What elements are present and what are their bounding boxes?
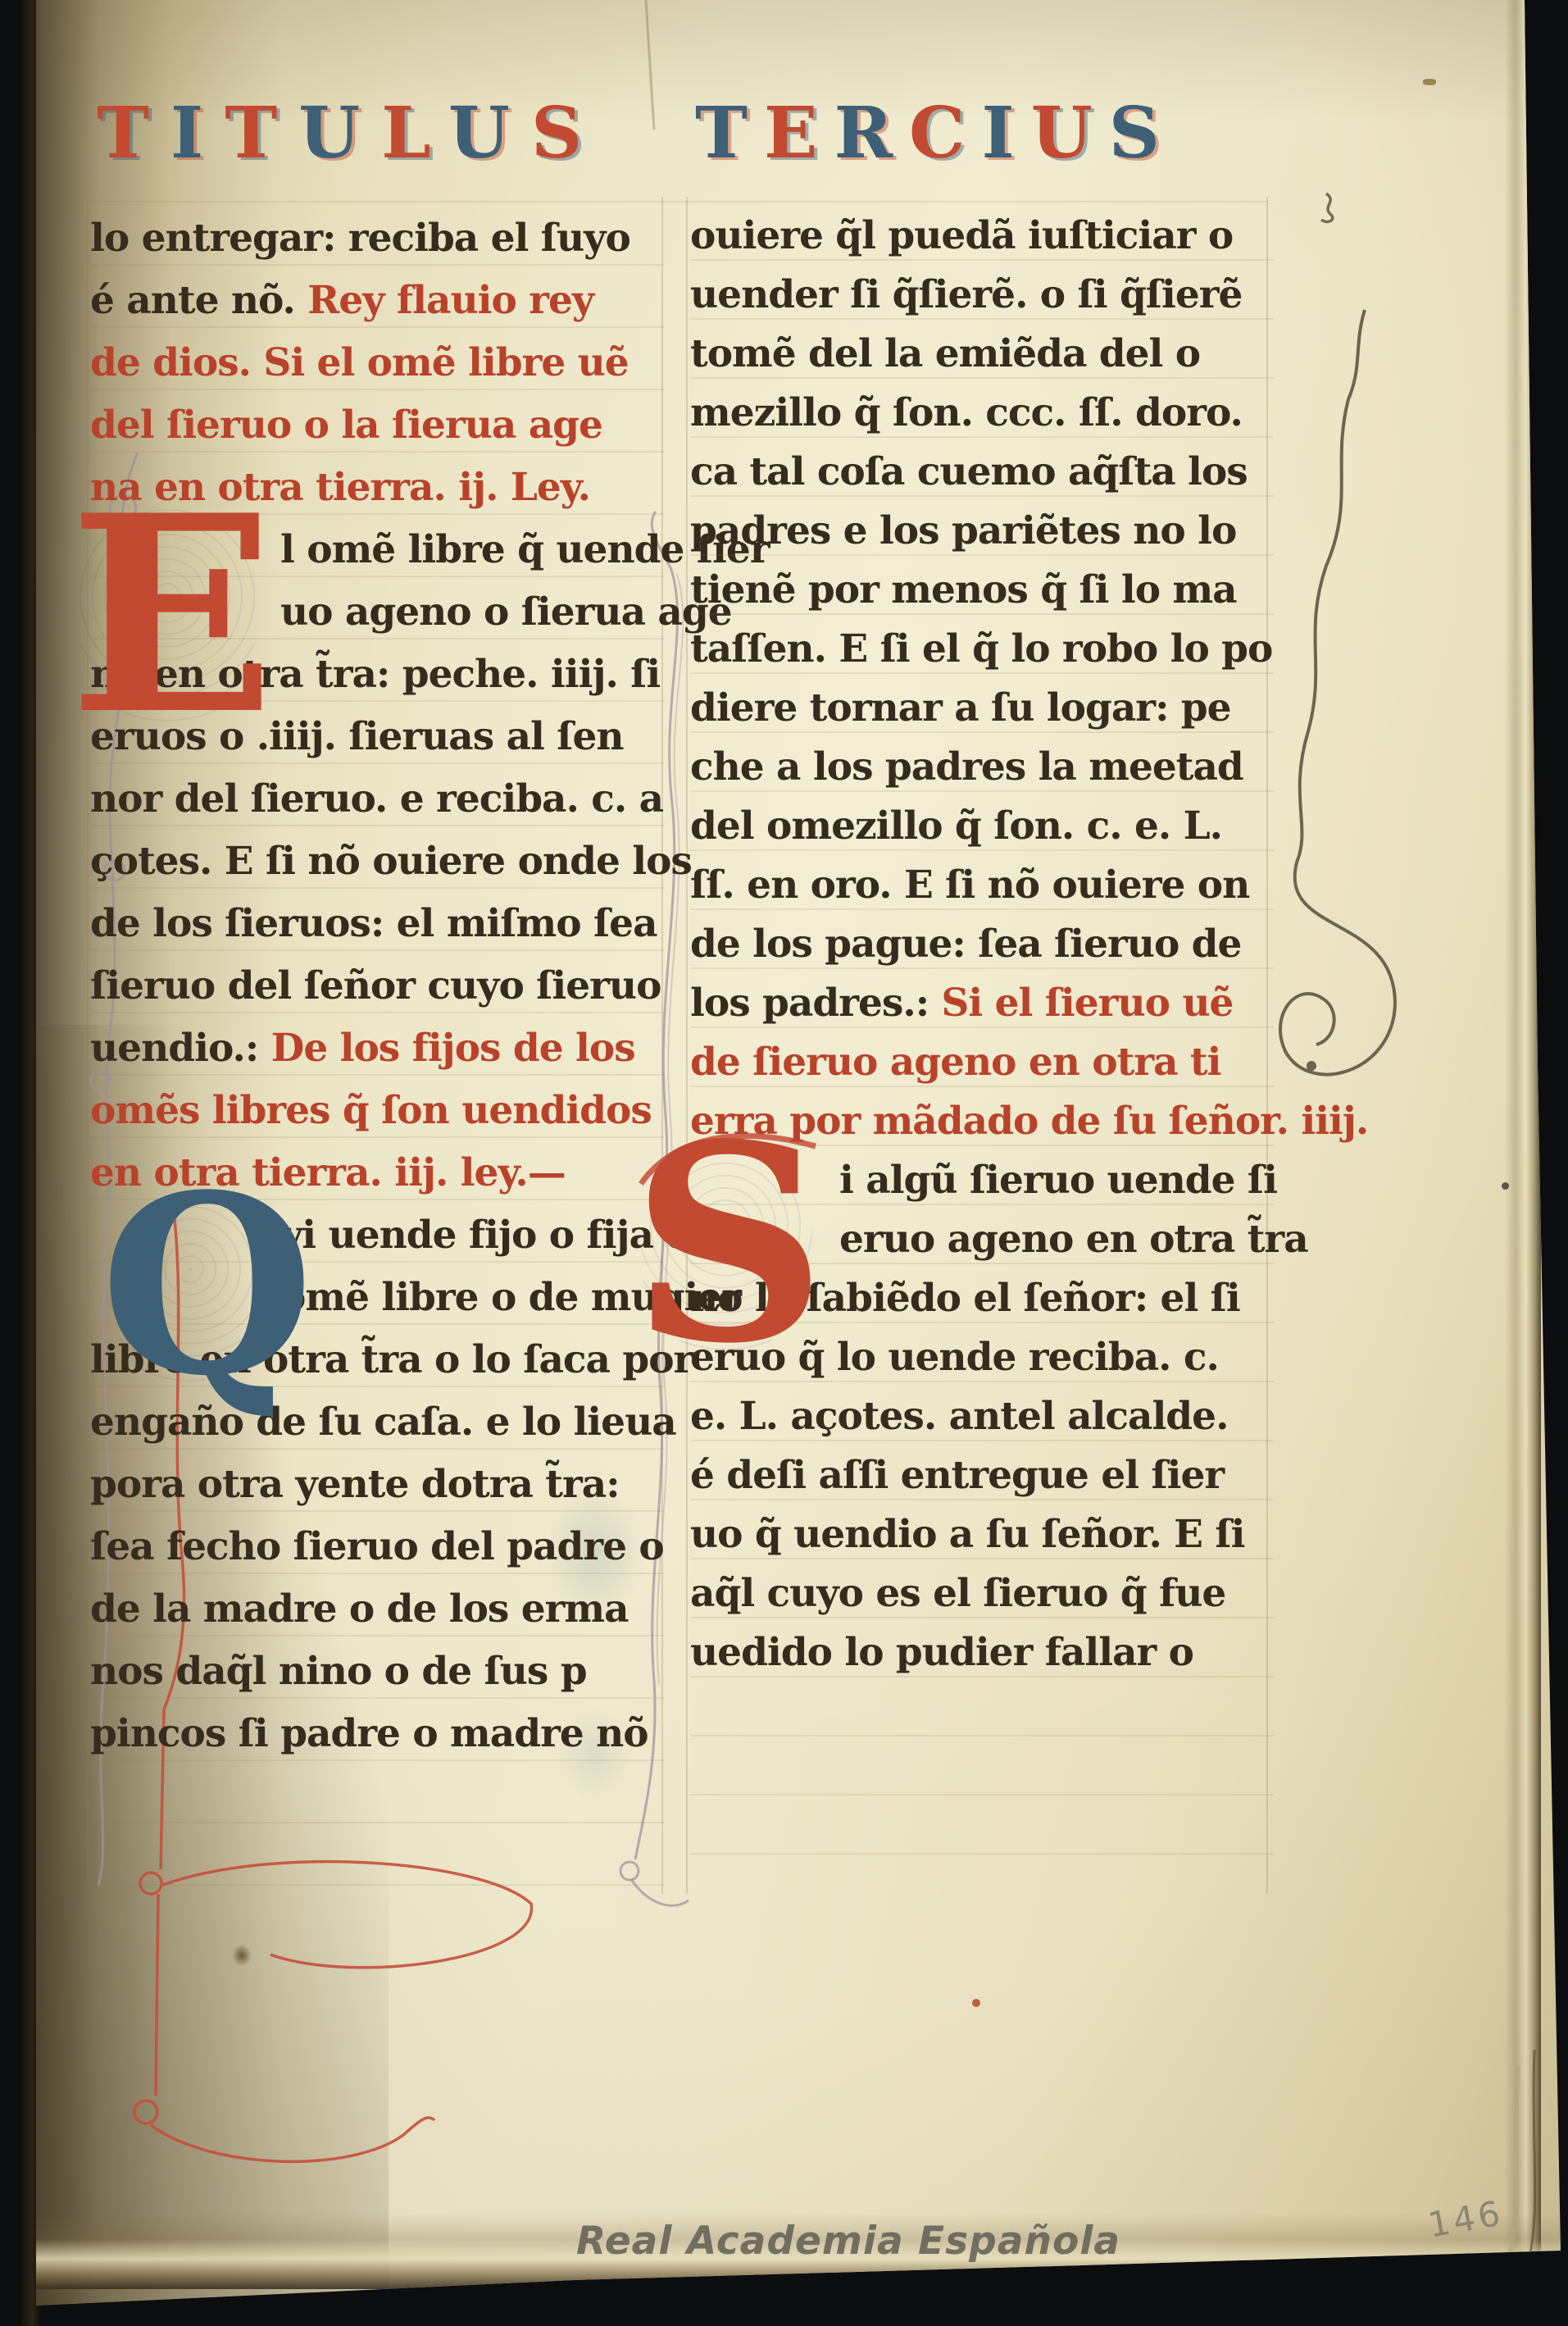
parchment-page: TITULUS TERCIUS [0,0,1568,2326]
rubric-text: omẽs libres q̃ ſon uendidos [90,1088,652,1133]
text-line: uo q̃ uendio a ſu ſeñor. E ſi [690,1509,1274,1568]
text-line: de la madre o de los erma [90,1582,664,1645]
body-text: uo ageno o ſierua age [280,589,732,635]
text-line: ſea fecho ſieruo del padre o [90,1520,664,1582]
text-line: padres e los pariẽtes no lo [690,505,1274,564]
drop-cap-initial-q: Q [100,1163,280,1409]
text-line: omẽs libres q̃ ſon uendidos [90,1084,664,1146]
body-text: del omezillo q̃ ſon. c. e. L. [690,803,1222,849]
drop-cap-initial-s: S [631,1108,820,1379]
rubric-text: De los fijos de los [271,1026,635,1071]
body-text: de los pague: ſea ſieruo de [690,922,1241,967]
text-line: che a los padres la meetad [690,741,1274,800]
body-text: é ante nõ. [90,278,307,323]
rubric-text: Rey flauio rey [307,278,593,323]
body-text: ouiere q̃l puedã iuſticiar o [690,213,1233,258]
drop-cap-initial-e: E [69,480,266,750]
manuscript-photo: TITULUS TERCIUS [0,0,1568,2326]
text-line: é ante nõ. Rey flauio rey [90,274,664,336]
text-line: uendio.: De los fijos de los [90,1022,664,1084]
body-text: ſſ. en oro. E ſi nõ ouiere on [690,863,1249,908]
body-text: diere tornar a ſu logar: pe [690,685,1231,731]
text-line: ouiere q̃l puedã iuſticiar o [690,210,1274,269]
body-text: tomẽ del la emiẽda del o [690,331,1200,376]
body-text: nor del ſieruo. e reciba. c. a [90,776,663,822]
rubric-text: de ſieruo ageno en otra ti [690,1040,1221,1085]
text-line: é deſi aſſi entregue el ſier [690,1450,1274,1509]
rubric-text: Si el ſieruo uẽ [941,981,1233,1026]
text-line: uender ſi q̃ſierẽ. o ſi q̃ſierẽ [690,269,1274,328]
text-line: ſſ. en oro. E ſi nõ ouiere on [690,859,1274,918]
rubric-text: del ſieruo o la ſierua age [90,403,602,448]
text-line: ſieruo del ſeñor cuyo ſieruo [90,959,664,1022]
text-line: del omezillo q̃ ſon. c. e. L. [690,800,1274,859]
margin-ink-mark [1321,193,1333,221]
body-text: pincos ſi padre o madre nõ [90,1711,648,1756]
body-text: lo entregar: reciba el ſuyo [90,216,630,261]
body-text: ſea fecho ſieruo del padre o [90,1524,664,1569]
body-text: ſieruo del ſeñor cuyo ſieruo [90,963,661,1008]
text-line: nos daq̃l nino o de ſus p [90,1645,664,1707]
text-column-right: ouiere q̃l puedã iuſticiar ouender ſi q̃… [690,210,1274,1891]
text-line: nor del ſieruo. e reciba. c. a [90,772,664,835]
body-text: i algũ ſieruo uende ſi [839,1158,1277,1203]
body-text: uendio.: [90,1026,271,1071]
text-line: lo entregar: reciba el ſuyo [90,212,664,274]
text-line: tienẽ por menos q̃ ſi lo ma [690,564,1274,623]
text-line: de dios. Si el omẽ libre uẽ [90,336,664,398]
body-text: che a los padres la meetad [690,744,1243,790]
text-line: taſſen. E ſi el q̃ lo robo lo po [690,623,1274,682]
text-line: mezillo q̃ ſon. ccc. ſſ. doro. [690,387,1274,446]
body-text: pora otra yente dotra t̃ra: [90,1462,620,1507]
body-text: de los ſieruos: el miſmo ſea [90,901,657,946]
body-text: çotes. E ſi nõ ouiere onde los [90,839,692,884]
text-line: los padres.: Si el ſieruo uẽ [690,977,1274,1036]
text-line: uedido lo pudier fallar o [690,1627,1274,1686]
body-text: padres e los pariẽtes no lo [690,508,1236,553]
body-text: tienẽ por menos q̃ ſi lo ma [690,567,1237,612]
body-text: mezillo q̃ ſon. ccc. ſſ. doro. [690,390,1243,435]
text-line: de los pague: ſea ſieruo de [690,918,1274,977]
text-line: ca tal coſa cuemo aq̃ſta los [690,446,1274,505]
text-line: tomẽ del la emiẽda del o [690,328,1274,387]
body-text: los padres.: [690,981,941,1026]
library-watermark: Real Academia Española [520,2219,1176,2264]
text-line: pora otra yente dotra t̃ra: [90,1458,664,1520]
text-line: de los ſieruos: el miſmo ſea [90,897,664,959]
text-line: aq̃l cuyo es el ſieruo q̃ fue [690,1568,1274,1627]
body-text: uedido lo pudier fallar o [690,1630,1193,1675]
body-text: taſſen. E ſi el q̃ lo robo lo po [690,626,1272,671]
body-text: nos daq̃l nino o de ſus p [90,1649,587,1694]
corner-fold-lines [1508,2050,1535,2265]
body-text: é deſi aſſi entregue el ſier [690,1453,1224,1498]
body-text: eruo ageno en otra t̃ra [839,1217,1308,1262]
text-line: çotes. E ſi nõ ouiere onde los [90,835,664,897]
text-line: pincos ſi padre o madre nõ [90,1707,664,1769]
body-text: uo q̃ uendio a ſu ſeñor. E ſi [690,1512,1244,1557]
body-text: uender ſi q̃ſierẽ. o ſi q̃ſierẽ [690,272,1242,317]
rubric-text: de dios. Si el omẽ libre uẽ [90,340,629,385]
body-text: de la madre o de los erma [90,1586,629,1632]
body-text: ca tal coſa cuemo aq̃ſta los [690,449,1248,494]
text-line: del ſieruo o la ſierua age [90,398,664,461]
margin-scribble [1280,310,1395,1074]
text-line: diere tornar a ſu logar: pe [690,682,1274,741]
parchment-crease [646,0,654,130]
body-text: aq̃l cuyo es el ſieruo q̃ fue [690,1571,1225,1616]
